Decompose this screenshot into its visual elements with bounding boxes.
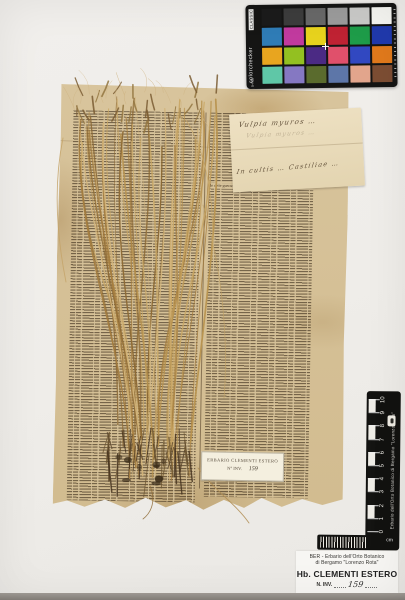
ruler-cm-block: [368, 452, 375, 465]
archive-label: BER - Erbario dell'Orto Botanico di Berg…: [296, 551, 398, 593]
color-patch: [284, 66, 304, 84]
handwritten-line-2: In cultis … Castiliae …: [236, 159, 340, 176]
ruler-cm-block: [368, 491, 375, 504]
herbarium-specimen-photo: de cette guerre, il est loin de supporte…: [0, 0, 405, 600]
color-checker-card: CLASSIC colorchecker x-rite: [245, 3, 397, 89]
ruler-cm-block: [367, 518, 374, 531]
ruler-number: 4: [378, 473, 387, 485]
ruler-number: 3: [378, 486, 387, 498]
handwritten-line-1-echo: Vulpia myuros …: [246, 129, 317, 140]
ruler-tick: [368, 439, 379, 440]
handwritten-label: Vulpia myuros … Vulpia myuros … In culti…: [229, 108, 365, 193]
ruler-tick: [368, 425, 379, 426]
dotted-line: [334, 581, 346, 588]
ruler-logo-icon: [387, 415, 395, 426]
ruler-tick: [367, 531, 378, 532]
ruler-tick: [367, 518, 378, 519]
archive-inv-label: N. INV.: [317, 582, 333, 588]
ruler-cm-block: [368, 412, 375, 425]
ruler-cm-block: [368, 505, 375, 518]
color-patch: [372, 46, 392, 64]
ruler-logo-mark: [390, 418, 393, 423]
color-patch: [350, 27, 370, 45]
color-patch: [328, 27, 348, 45]
color-patch: [328, 46, 348, 64]
scale-ruler: 012345678910 Erbario dell'Orto Botanico …: [317, 391, 401, 551]
color-patch: [283, 8, 303, 26]
ruler-barcode: [320, 537, 366, 548]
color-patch: [305, 8, 325, 26]
color-patch: [350, 46, 370, 64]
color-patch: [372, 26, 392, 44]
ruler-number: 2: [378, 499, 387, 511]
specimen-tag-inv-number: 159: [249, 466, 258, 472]
ruler-number: 7: [379, 433, 388, 445]
color-patch: [262, 47, 282, 65]
color-patch: [284, 27, 304, 45]
archive-line-2: di Bergamo "Lorenzo Rota": [296, 560, 398, 566]
registration-cross-icon: [322, 43, 329, 50]
color-checker-edge-ticks: [393, 9, 396, 79]
color-patch: [328, 65, 348, 83]
ruler-number: 0: [378, 526, 387, 538]
ruler-tick: [369, 412, 380, 413]
ruler-cm-block: [368, 439, 375, 452]
color-patch: [350, 65, 370, 83]
ruler-unit-label: cm: [386, 537, 393, 543]
archive-inv-number: 159: [348, 581, 364, 588]
color-patch: [306, 66, 326, 84]
handwritten-line-1: Vulpia myuros …: [238, 117, 317, 129]
ruler-cm-block: [369, 399, 376, 412]
ruler-tick: [368, 452, 379, 453]
color-patch: [349, 7, 369, 25]
color-patch: [371, 7, 391, 25]
ruler-tick: [369, 399, 380, 400]
specimen-tag-inv-label: N° INV.: [227, 466, 242, 471]
color-patch: [327, 8, 347, 26]
specimen-tag-title: ERBARIO CLEMENTI ESTERO: [202, 457, 283, 463]
color-patch: [284, 47, 304, 65]
color-patch: [372, 65, 392, 83]
specimen-tag-label: ERBARIO CLEMENTI ESTERO N° INV. 159: [201, 451, 284, 481]
ruler-tick: [368, 478, 379, 479]
archive-inventory-line: N. INV. 159: [296, 581, 398, 588]
dotted-line: [365, 581, 377, 588]
color-patch: [262, 28, 282, 46]
specimen-tag-inv-line: N° INV. 159: [202, 465, 283, 472]
color-patch: [261, 9, 281, 27]
ruler-cm-block: [368, 425, 375, 438]
ruler-number: 6: [379, 447, 388, 459]
newsprint-column-left: [67, 110, 202, 502]
ruler-number: 10: [379, 394, 388, 406]
ruler-cm-block: [368, 465, 375, 478]
color-checker-brand-text: colorchecker: [248, 25, 260, 83]
ruler-number: 5: [378, 460, 387, 472]
xrite-logo-text: x-rite: [249, 78, 254, 87]
ruler-number: 1: [378, 512, 387, 524]
color-patch: [262, 66, 282, 84]
ruler-cm-block: [368, 478, 375, 491]
ruler-tick: [368, 491, 379, 492]
table-edge: [0, 593, 405, 600]
archive-herbarium-name: Hb. CLEMENTI ESTERO: [296, 569, 398, 579]
ruler-tick: [368, 505, 379, 506]
ruler-tick: [368, 465, 379, 466]
